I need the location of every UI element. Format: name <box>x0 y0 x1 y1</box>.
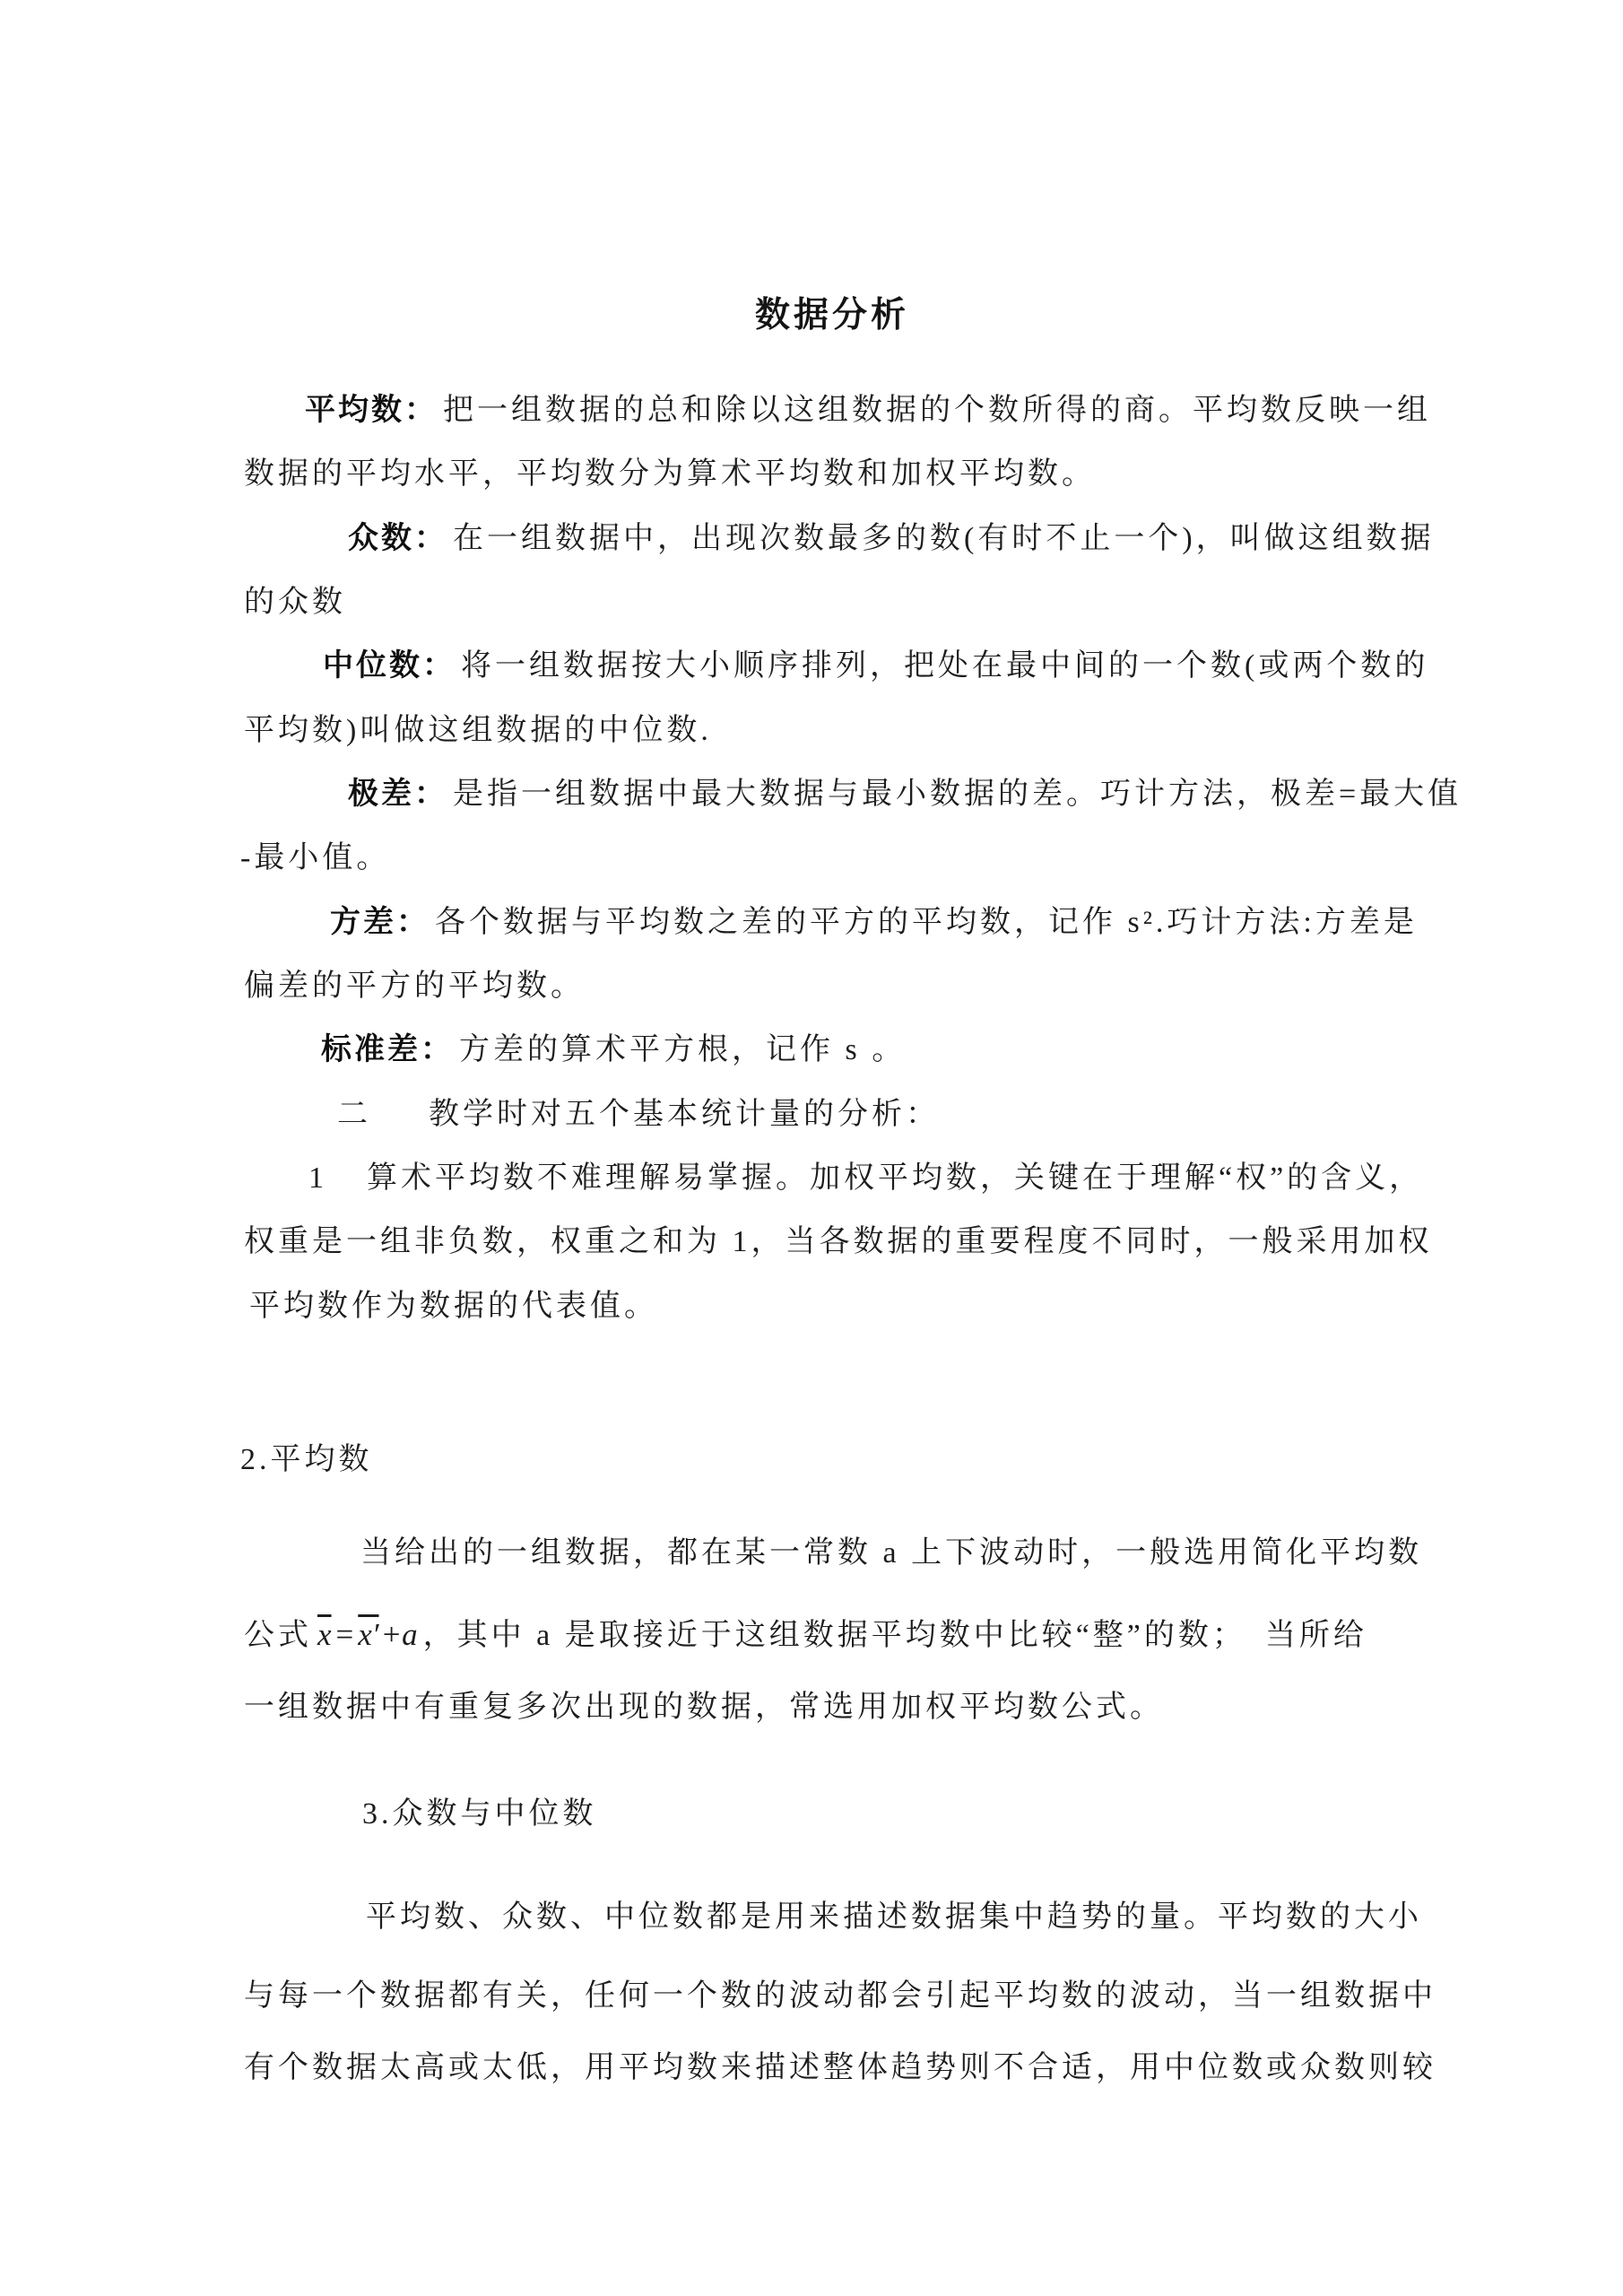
document-title: 数据分析 <box>0 294 1623 337</box>
line-text: 在一组数据中，出现次数最多的数(有时不止一个)，叫做这组数据 <box>453 522 1435 555</box>
line-text: 平均数作为数据的代表值。 <box>249 1290 658 1323</box>
list-marker: 1 <box>308 1158 327 1199</box>
x-prime-bar: x′ <box>356 1617 380 1652</box>
line-text: 平均数、众数、中位数都是用来描述数据集中趋势的量。平均数的大小 <box>366 1900 1422 1934</box>
line-text: ，其中 a 是取接近于这组数据平均数中比较“整”的数； 当所给 <box>423 1619 1367 1652</box>
text-line: 公式x=x′+a，其中 a 是取接近于这组数据平均数中比较“整”的数； 当所给 <box>244 1614 1367 1656</box>
term-label-variance: 方差： <box>330 906 430 939</box>
text-line: 与每一个数据都有关，任何一个数的波动都会引起平均数的波动，当一组数据中 <box>244 1976 1436 2017</box>
text-line: 极差：是指一组数据中最大数据与最小数据的差。巧计方法，极差=最大值 <box>348 774 1462 815</box>
text-line: 一组数据中有重复多次出现的数据，常选用加权平均数公式。 <box>244 1687 1164 1728</box>
line-text: 公式 <box>244 1619 312 1652</box>
text-line: 偏差的平方的平均数。 <box>244 966 585 1007</box>
line-text: -最小值。 <box>240 841 390 874</box>
line-text: 将一组数据按大小顺序排列，把处在最中间的一个数(或两个数的 <box>461 649 1428 683</box>
text-line: 平均数作为数据的代表值。 <box>249 1286 658 1327</box>
line-text: 方差的算术平方根，记作 s 。 <box>459 1033 906 1066</box>
line-text: 当给出的一组数据，都在某一常数 a 上下波动时，一般选用简化平均数 <box>360 1536 1422 1570</box>
mean-formula: x=x′+a <box>316 1617 418 1652</box>
text-line: 的众数 <box>244 582 346 623</box>
line-text: 的众数 <box>244 586 346 619</box>
text-line: 二教学时对五个基本统计量的分析： <box>337 1094 940 1135</box>
line-text: 权重是一组非负数，权重之和为 1，当各数据的重要程度不同时，一般采用加权 <box>244 1225 1433 1258</box>
line-text: 2.平均数 <box>240 1443 373 1476</box>
text-line: 中位数：将一组数据按大小顺序排列，把处在最中间的一个数(或两个数的 <box>323 646 1428 687</box>
line-text: 教学时对五个基本统计量的分析： <box>429 1098 940 1131</box>
plus-a: +a <box>381 1617 418 1652</box>
term-label-mode: 众数： <box>348 522 447 555</box>
document-page: 数据分析 平均数：把一组数据的总和除以这组数据的个数所得的商。平均数反映一组 数… <box>0 0 1623 2296</box>
text-line: -最小值。 <box>240 838 390 879</box>
line-text: 一组数据中有重复多次出现的数据，常选用加权平均数公式。 <box>244 1691 1164 1724</box>
line-text: 3.众数与中位数 <box>362 1797 597 1831</box>
line-text: 是指一组数据中最大数据与最小数据的差。巧计方法，极差=最大值 <box>453 778 1462 811</box>
x-bar: x <box>316 1617 334 1652</box>
section-heading: 2.平均数 <box>240 1439 373 1481</box>
text-line: 平均数：把一组数据的总和除以这组数据的个数所得的商。平均数反映一组 <box>305 390 1431 431</box>
text-line: 平均数)叫做这组数据的中位数. <box>244 710 712 752</box>
text-line: 有个数据太高或太低，用平均数来描述整体趋势则不合适，用中位数或众数则较 <box>244 2048 1436 2089</box>
text-line: 方差：各个数据与平均数之差的平方的平均数，记作 s².巧计方法:方差是 <box>330 902 1418 944</box>
line-text: 把一组数据的总和除以这组数据的个数所得的商。平均数反映一组 <box>443 394 1431 427</box>
line-text: 平均数)叫做这组数据的中位数. <box>244 714 712 747</box>
text-line: 平均数、众数、中位数都是用来描述数据集中趋势的量。平均数的大小 <box>366 1897 1422 1938</box>
section-heading: 3.众数与中位数 <box>362 1794 597 1835</box>
line-text: 算术平均数不难理解易掌握。加权平均数，关键在于理解“权”的含义， <box>367 1161 1423 1195</box>
term-label-mean: 平均数： <box>305 394 438 427</box>
line-text: 与每一个数据都有关，任何一个数的波动都会引起平均数的波动，当一组数据中 <box>244 1979 1436 2013</box>
list-marker: 二 <box>337 1094 371 1135</box>
text-line: 当给出的一组数据，都在某一常数 a 上下波动时，一般选用简化平均数 <box>360 1533 1422 1574</box>
term-label-stddev: 标准差： <box>321 1033 454 1066</box>
line-text: 有个数据太高或太低，用平均数来描述整体趋势则不合适，用中位数或众数则较 <box>244 2051 1436 2084</box>
equals-sign: = <box>334 1617 357 1652</box>
line-text: 各个数据与平均数之差的平方的平均数，记作 s².巧计方法:方差是 <box>435 906 1418 939</box>
text-line: 众数：在一组数据中，出现次数最多的数(有时不止一个)，叫做这组数据 <box>348 518 1435 560</box>
line-text: 偏差的平方的平均数。 <box>244 970 585 1003</box>
line-text: 数据的平均水平，平均数分为算术平均数和加权平均数。 <box>244 457 1096 491</box>
term-label-median: 中位数： <box>323 649 456 683</box>
text-line: 数据的平均水平，平均数分为算术平均数和加权平均数。 <box>244 454 1096 495</box>
text-line: 标准差：方差的算术平方根，记作 s 。 <box>321 1030 906 1071</box>
text-line: 1算术平均数不难理解易掌握。加权平均数，关键在于理解“权”的含义， <box>308 1158 1423 1199</box>
text-line: 权重是一组非负数，权重之和为 1，当各数据的重要程度不同时，一般采用加权 <box>244 1222 1433 1263</box>
term-label-range: 极差： <box>348 778 447 811</box>
